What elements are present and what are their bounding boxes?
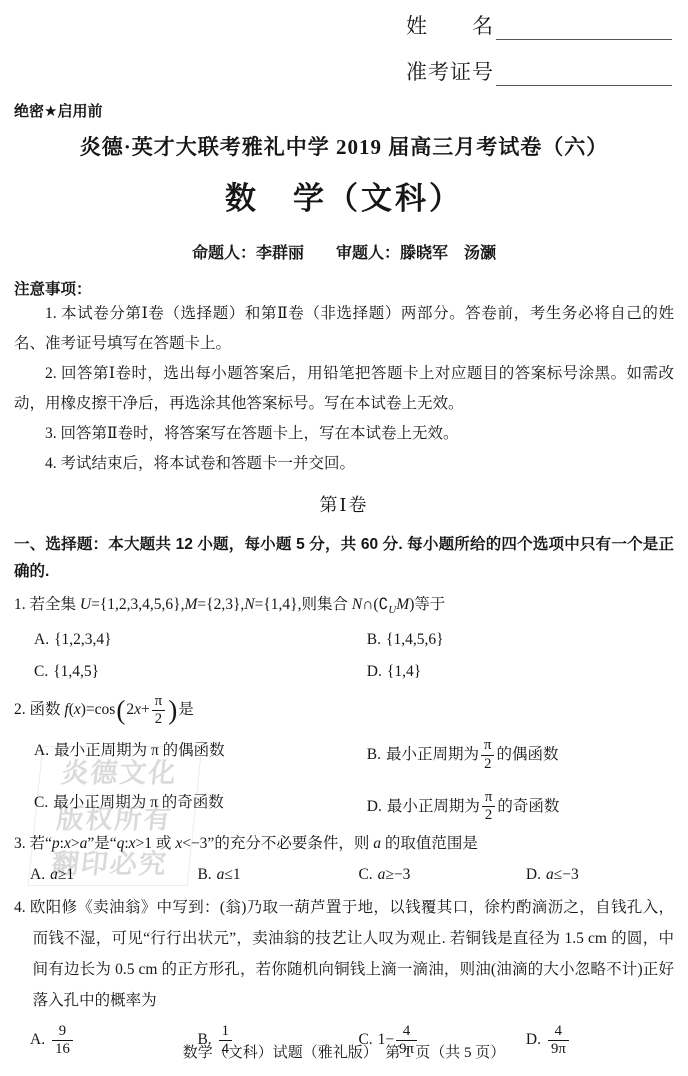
question-1-option-b: B.{1,4,5,6} <box>367 626 674 654</box>
secrecy-notice: 绝密★启用前 <box>14 100 674 121</box>
question-2-option-a: A.最小正周期为 π 的偶函数 <box>34 738 367 772</box>
subject-title: 数 学（文科） <box>14 173 674 218</box>
name-row: 姓 名 <box>406 10 672 40</box>
question-1-stem: 1. 若全集 U={1,2,3,4,5,6},M={2,3},N={1,4},则… <box>14 591 674 624</box>
notice-item-2: 2. 回答第Ⅰ卷时，选出每小题答案后，用铅笔把答题卡上对应题目的答案标号涂黑。如… <box>14 359 674 419</box>
question-3-option-b: B.a≤1 <box>197 860 358 890</box>
question-3: 3. 若“p:x>a”是“q:x>1 或 x<−3”的充分不必要条件，则 a 的… <box>14 830 674 890</box>
notice-title: 注意事项： <box>14 277 674 299</box>
question-1-options: A.{1,2,3,4} B.{1,4,5,6} C.{1,4,5} D.{1,4… <box>14 626 674 686</box>
question-3-option-a: A.a≥1 <box>30 860 197 890</box>
question-4: 4. 欧阳修《卖油翁》中写到：(翁)乃取一葫芦置于地，以钱覆其口，徐杓酌滴沥之，… <box>14 892 674 1058</box>
admission-id-label: 准考证号 <box>406 56 494 86</box>
question-3-option-c: C.a≥−3 <box>358 860 525 890</box>
name-label: 姓 名 <box>406 10 494 40</box>
question-1-option-a: A.{1,2,3,4} <box>34 626 367 654</box>
exam-paper-page: 姓 名 准考证号 绝密★启用前 炎德·英才大联考雅礼中学 2019 届高三月考试… <box>0 0 688 1058</box>
authors-line: 命题人：李群丽 审题人：滕晓军 汤灏 <box>14 240 674 263</box>
section-instruction: 一、选择题：本大题共 12 小题，每小题 5 分，共 60 分. 每小题所给的四… <box>14 531 674 585</box>
notice-item-1: 1. 本试卷分第Ⅰ卷（选择题）和第Ⅱ卷（非选择题）两部分。答卷前，考生务必将自己… <box>14 299 674 359</box>
name-blank-line <box>496 15 672 40</box>
question-2-option-b: B.最小正周期为π2的偶函数 <box>367 738 674 772</box>
notice-item-3: 3. 回答第Ⅱ卷时，将答案写在答题卡上，写在本试卷上无效。 <box>14 419 674 449</box>
question-2-stem: 2. 函数 f(x)=cos(2x+π2)是 <box>14 688 674 732</box>
admission-id-blank-line <box>496 61 672 86</box>
admission-id-row: 准考证号 <box>406 56 672 86</box>
question-1-option-d: D.{1,4} <box>367 658 674 686</box>
question-1: 1. 若全集 U={1,2,3,4,5,6},M={2,3},N={1,4},则… <box>14 591 674 686</box>
section-title: 第Ⅰ卷 <box>14 491 674 517</box>
exam-series-title: 炎德·英才大联考雅礼中学 2019 届高三月考试卷（六） <box>14 131 674 161</box>
question-4-stem: 4. 欧阳修《卖油翁》中写到：(翁)乃取一葫芦置于地，以钱覆其口，徐杓酌滴沥之，… <box>14 892 674 1016</box>
question-2-option-d: D.最小正周期为π2的奇函数 <box>367 790 674 824</box>
question-2-options: A.最小正周期为 π 的偶函数 B.最小正周期为π2的偶函数 C.最小正周期为 … <box>14 738 674 824</box>
question-2: 2. 函数 f(x)=cos(2x+π2)是 A.最小正周期为 π 的偶函数 B… <box>14 688 674 824</box>
question-3-options: A.a≥1 B.a≤1 C.a≥−3 D.a≤−3 <box>14 860 674 890</box>
question-1-option-c: C.{1,4,5} <box>34 658 367 686</box>
question-2-option-c: C.最小正周期为 π 的奇函数 <box>34 790 367 824</box>
candidate-info-block: 姓 名 准考证号 <box>406 10 672 102</box>
question-3-option-d: D.a≤−3 <box>526 860 674 890</box>
notice-item-4: 4. 考试结束后，将本试卷和答题卡一并交回。 <box>14 449 674 479</box>
page-footer: 数学（文科）试题（雅礼版） 第 1 页（共 5 页） <box>0 1041 688 1062</box>
question-3-stem: 3. 若“p:x>a”是“q:x>1 或 x<−3”的充分不必要条件，则 a 的… <box>14 830 674 858</box>
